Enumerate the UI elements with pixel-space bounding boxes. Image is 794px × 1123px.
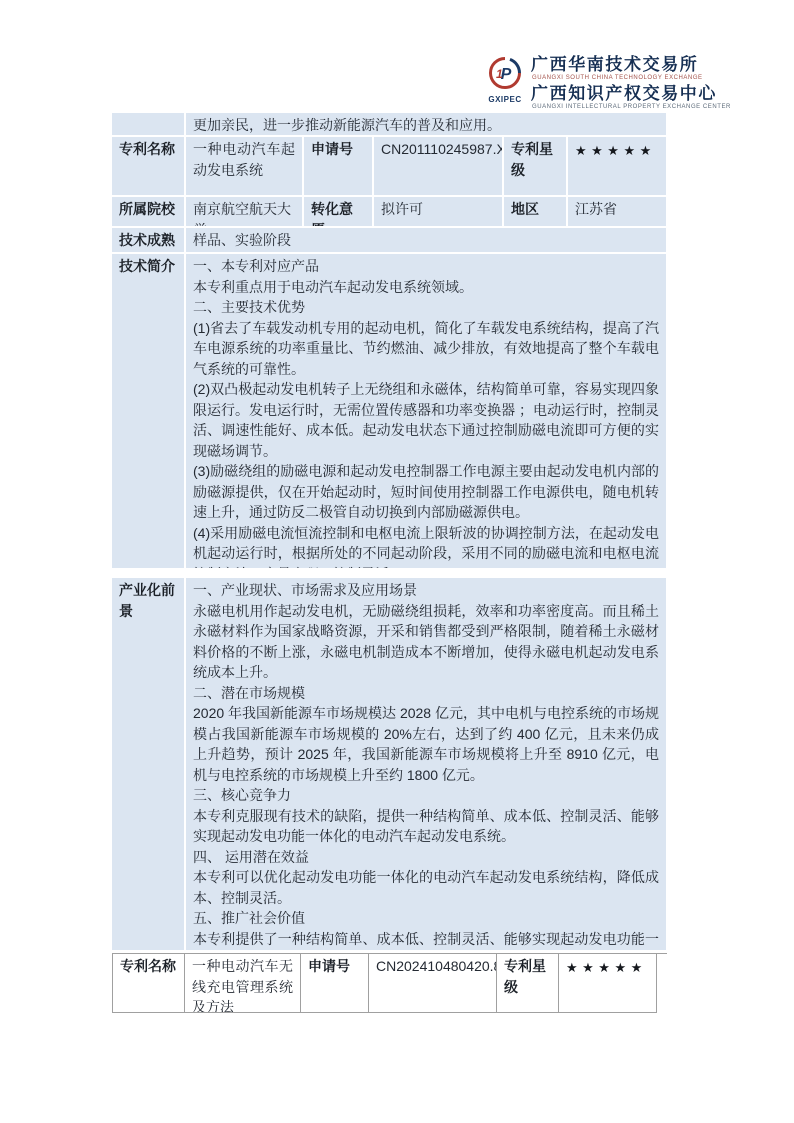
org-name-en-1: GUANGXI SOUTH CHINA TECHNOLOGY EXCHANGE — [532, 75, 731, 82]
patent1-outlook-table: 产业化前景 一、产业现状、市场需求及应用场景永磁电机用作起动发电机，无励磁绕组损… — [112, 578, 666, 950]
region-label: 地区 — [504, 197, 566, 226]
outlook-text: 一、产业现状、市场需求及应用场景永磁电机用作起动发电机，无励磁绕组损耗，效率和功… — [186, 578, 666, 950]
application-no-label: 申请号 — [301, 954, 369, 1013]
university-value: 南京航空航天大学 — [186, 197, 302, 226]
patent-name-value: 一种电动汽车起动发电系统 — [186, 137, 302, 195]
paragraph: 二、潜在市场规模 — [193, 683, 659, 704]
paragraph: 一、本专利对应产品 — [193, 256, 659, 277]
paragraph: 一、产业现状、市场需求及应用场景 — [193, 580, 659, 601]
rating-label: 专利星级 — [497, 954, 559, 1013]
intent-value: 拟许可 — [374, 197, 502, 226]
gxipec-emblem-icon: P 1 — [487, 55, 523, 91]
paragraph: (1)省去了车载发动机专用的起动电机，简化了车载发电系统结构，提高了汽车电源系统… — [193, 318, 659, 380]
tech-intro-label: 技术简介 — [112, 254, 184, 568]
gxipec-emblem: P 1 GXIPEC — [486, 55, 524, 104]
application-no-label: 申请号 — [304, 137, 372, 195]
application-no-value: CN202410480420.8 — [369, 954, 497, 1013]
patent-name-label: 专利名称 — [113, 954, 185, 1013]
maturity-label: 技术成熟度 — [112, 228, 184, 252]
paragraph: 2020 年我国新能源车市场规模达 2028 亿元，其中电机与电控系统的市场规模… — [193, 703, 659, 785]
intent-label: 转化意愿 — [304, 197, 372, 226]
paragraph: (4)采用励磁电流恒流控制和电枢电流上限斩波的协调控制方法，在起动发电机起动运行… — [193, 523, 659, 569]
carryover-text: 更加亲民，进一步推动新能源汽车的普及和应用。 — [186, 113, 666, 135]
patent2-table: 专利名称 一种电动汽车无线充电管理系统及方法 申请号 CN20241048042… — [112, 953, 667, 1013]
paragraph: 本专利重点用于电动汽车起动发电系统领域。 — [193, 277, 659, 298]
maturity-value: 样品、实验阶段 — [186, 228, 666, 252]
paragraph: 三、核心竞争力 — [193, 785, 659, 806]
rating-stars: ★★★★★ — [559, 954, 657, 1013]
org-name-en-2: GUANGXI INTELLECTURAL PROPERTY EXCHANGE … — [532, 104, 731, 111]
paragraph: 五、推广社会价值 — [193, 908, 659, 929]
patent-name-label: 专利名称 — [112, 137, 184, 195]
org-name-cn-1: 广西华南技术交易所 — [531, 55, 731, 74]
application-no-value: CN201110245987.X — [374, 137, 502, 195]
empty-label-cell — [112, 113, 184, 135]
rating-stars: ★★★★★ — [568, 137, 666, 195]
org-name-cn-2: 广西知识产权交易中心 — [531, 84, 731, 103]
paragraph: 四、 运用潜在效益 — [193, 847, 659, 868]
paragraph: 永磁电机用作起动发电机，无励磁绕组损耗，效率和功率密度高。而且稀土永磁材料作为国… — [193, 601, 659, 683]
org-name-block: 广西华南技术交易所 GUANGXI SOUTH CHINA TECHNOLOGY… — [531, 55, 731, 113]
patent1-table: 更加亲民，进一步推动新能源汽车的普及和应用。 专利名称 一种电动汽车起动发电系统… — [112, 113, 666, 568]
paragraph: 本专利可以优化起动发电功能一体化的电动汽车起动发电系统结构，降低成本、控制灵活。 — [193, 867, 659, 908]
university-label: 所属院校 — [112, 197, 184, 226]
outlook-label: 产业化前景 — [112, 578, 184, 950]
patent-name-value: 一种电动汽车无线充电管理系统及方法 — [185, 954, 301, 1013]
document-page: { "logo": { "abbr": "GXIPEC", "monogram"… — [0, 0, 794, 1123]
paragraph: 本专利提供了一种结构简单、成本低、控制灵活、能够实现起动发电功能一体化的电动汽车… — [193, 929, 659, 951]
region-value: 江苏省 — [568, 197, 666, 226]
paragraph: 二、主要技术优势 — [193, 297, 659, 318]
org-abbreviation: GXIPEC — [486, 95, 524, 104]
tech-intro-text: 一、本专利对应产品本专利重点用于电动汽车起动发电系统领域。二、主要技术优势(1)… — [186, 254, 666, 568]
org-logo: P 1 GXIPEC 广西华南技术交易所 GUANGXI SOUTH CHINA… — [486, 55, 731, 113]
svg-text:1: 1 — [496, 67, 503, 81]
paragraph: 本专利克服现有技术的缺陷，提供一种结构简单、成本低、控制灵活、能够实现起动发电功… — [193, 806, 659, 847]
rating-label: 专利星级 — [504, 137, 566, 195]
paragraph: (2)双凸极起动发电机转子上无绕组和永磁体，结构简单可靠，容易实现四象限运行。发… — [193, 379, 659, 461]
paragraph: (3)励磁绕组的励磁电源和起动发电控制器工作电源主要由起动发电机内部的励磁源提供… — [193, 461, 659, 523]
